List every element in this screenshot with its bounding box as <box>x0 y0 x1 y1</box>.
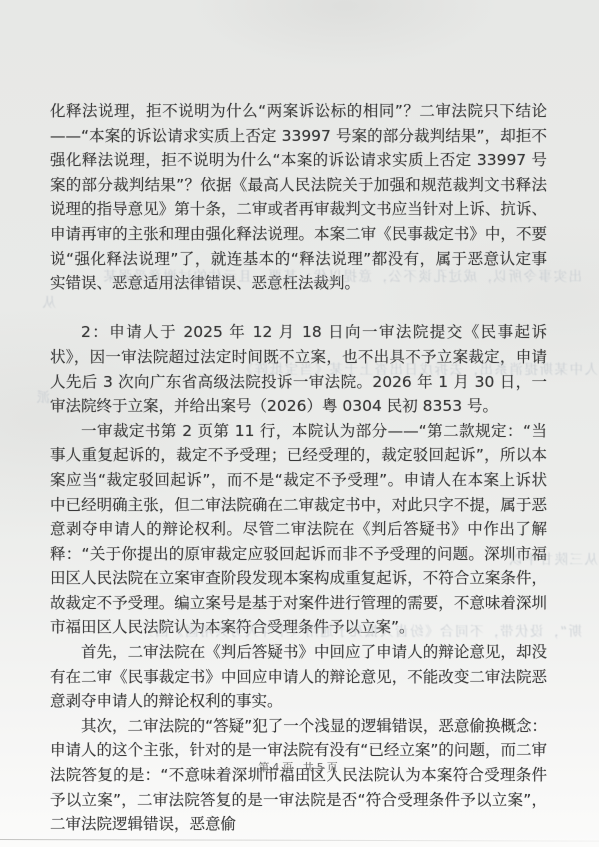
scan-bottom-edge <box>0 839 599 842</box>
paragraph: 化释法说理，拒不说明为什么“两案诉讼标的相同”？二审法院只下结论——“本案的诉讼… <box>50 99 547 296</box>
paragraph: 一审裁定书第 2 页第 11 行，本院认为部分——“第二款规定：“当事人重复起诉… <box>50 419 547 640</box>
paragraph: 其次，二审法院的“答疑”犯了一个浅显的逻辑错误，恶意偷换概念：申请人的这个主张，… <box>50 714 547 837</box>
scanned-document-page: 化释法说理，拒不说明为什么“两案诉讼标的相同”？二审法院只下结论——“本案的诉讼… <box>0 0 599 847</box>
paragraph: 首先，二审法院在《判后答疑书》中回应了申请人的辩论意见，却没有在二审《民事裁定书… <box>50 640 547 714</box>
paragraph: 2：申请人于 2025 年 12 月 18 日向一审法院提交《民事起诉状》，因一… <box>50 320 547 418</box>
document-text: 化释法说理，拒不说明为什么“两案诉讼标的相同”？二审法院只下结论——“本案的诉讼… <box>50 99 547 837</box>
page-number-footer: 第4页 共5页 <box>0 759 599 775</box>
bleedthrough-text: 派 <box>12 390 50 406</box>
